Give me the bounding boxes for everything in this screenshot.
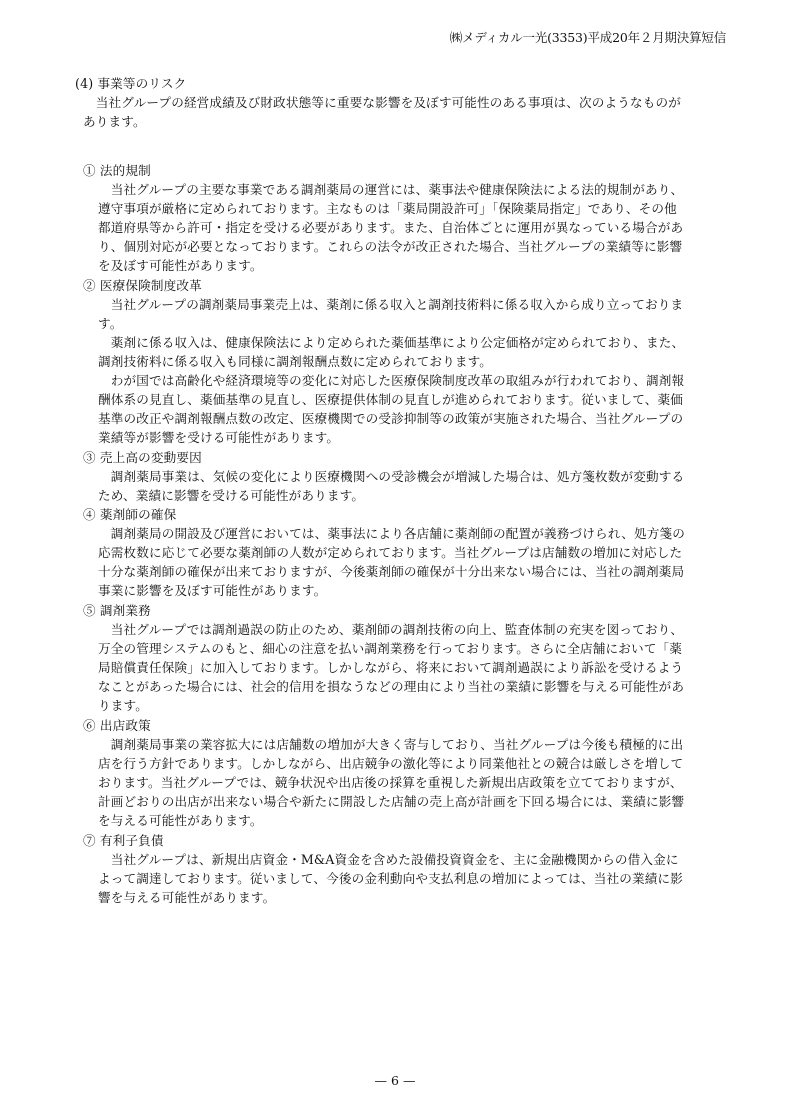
body-line: り、個別対応が必要となっております。これらの法令が改正された場合、当社グループの…: [98, 237, 682, 256]
body-line: を与える可能性があります。: [98, 811, 263, 830]
risk-heading-dispensing: ⑤ 調剤業務: [83, 601, 151, 620]
page-number: — 6 —: [0, 1073, 790, 1088]
body-line: 調剤技術料に係る収入も同様に調剤報酬点数に定められております。: [98, 352, 492, 371]
intro-line: 当社グループの経営成績及び財政状態等に重要な影響を及ぼす可能性のある事項は、次の…: [83, 93, 681, 112]
body-line: 基準の改正や調剤報酬点数の改定、医療機関での受診抑制等の政策が実施された場合、当…: [98, 409, 683, 428]
body-line: 事業に影響を及ぼす可能性があります。: [98, 581, 326, 600]
body-line: 業績等が影響を受ける可能性があります。: [98, 428, 339, 447]
body-line: なことがあった場合には、社会的信用を損なうなどの理由により当社の業績に影響を与え…: [98, 677, 684, 696]
body-line: おります。当社グループでは、競争状況や出店後の採算を重視した新規出店政策を立てて…: [98, 773, 683, 792]
risk-heading-pharmacists: ④ 薬剤師の確保: [83, 505, 176, 524]
body-line: 万全の管理システムのもと、細心の注意を払い調剤業務を行っております。さらに全店舗…: [98, 639, 682, 658]
risk-heading-legal: ① 法的規制: [83, 161, 151, 180]
body-line: 局賠償責任保険」に加入しております。しかしながら、将来において調剤過誤により訴訟…: [98, 658, 683, 677]
body-line: 遵守事項が厳格に定められております。主なものは「薬局開設許可」「保険薬局指定」で…: [98, 199, 677, 218]
body-line: 応需枚数に応じて必要な薬剤師の人数が定められております。当社グループは店舗数の増…: [98, 543, 682, 562]
body-line: を及ぼす可能性があります。: [98, 256, 263, 275]
body-line: 当社グループは、新規出店資金・M&A資金を含めた設備投資資金を、主に金融機関から…: [98, 850, 679, 869]
risk-heading-debt: ⑦ 有利子負債: [83, 831, 164, 850]
section-heading: (4) 事業等のリスク: [75, 74, 186, 93]
document-header: ㈱メディカル一光(3353)平成20年２月期決算短信: [450, 28, 726, 46]
body-line: ります。: [98, 696, 148, 715]
body-line: ため、業績に影響を受ける可能性があります。: [98, 486, 364, 505]
body-line: 当社グループの主要な事業である調剤薬局の運営には、薬事法や健康保険法による法的規…: [98, 180, 683, 199]
body-line: 都道府県等から許可・指定を受ける必要があります。また、自治体ごとに運用が異なって…: [98, 218, 683, 237]
body-line: 薬剤に係る収入は、健康保険法により定められた薬価基準により公定価格が定められてお…: [98, 333, 684, 352]
body-line: よって調達しております。従いまして、今後の金利動向や支払利息の増加によっては、当…: [98, 869, 683, 888]
body-line: 計画どおりの出店が出来ない場合や新たに開設した店舗の売上高が計画を下回る場合には…: [98, 792, 684, 811]
body-line: わが国では高齢化や経済環境等の変化に対応した医療保険制度改革の取組みが行われてお…: [98, 371, 684, 390]
intro-line: あります。: [83, 112, 146, 131]
body-line: 十分な薬剤師の確保が出来ておりますが、今後薬剤師の確保が十分出来ない場合には、当…: [98, 562, 684, 581]
body-line: 店を行う方針であります。しかしながら、出店競争の激化等により同業他社との競合は厳…: [98, 754, 683, 773]
risk-heading-store-opening: ⑥ 出店政策: [83, 716, 151, 735]
body-line: 酬体系の見直し、薬価基準の見直し、医療提供体制の見直しが進められております。従い…: [98, 390, 683, 409]
risk-heading-sales-factors: ③ 売上高の変動要因: [83, 448, 202, 467]
body-line: 調剤薬局事業の業容拡大には店舗数の増加が大きく寄与しており、当社グループは今後も…: [98, 735, 683, 754]
body-line: 響を与える可能性があります。: [98, 888, 275, 907]
body-line: 当社グループでは調剤過誤の防止のため、薬剤師の調剤技術の向上、監査体制の充実を図…: [98, 620, 683, 639]
body-line: 当社グループの調剤薬局事業売上は、薬剤に係る収入と調剤技術料に係る収入から成り立…: [98, 295, 683, 314]
body-line: 調剤薬局の開設及び運営においては、薬事法により各店舗に薬剤師の配置が義務づけられ…: [98, 524, 685, 543]
body-line: 調剤薬局事業は、気候の変化により医療機関への受診機会が増減した場合は、処方箋枚数…: [98, 467, 684, 486]
body-line: す。: [98, 314, 122, 333]
risk-heading-insurance-reform: ② 医療保険制度改革: [83, 276, 202, 295]
